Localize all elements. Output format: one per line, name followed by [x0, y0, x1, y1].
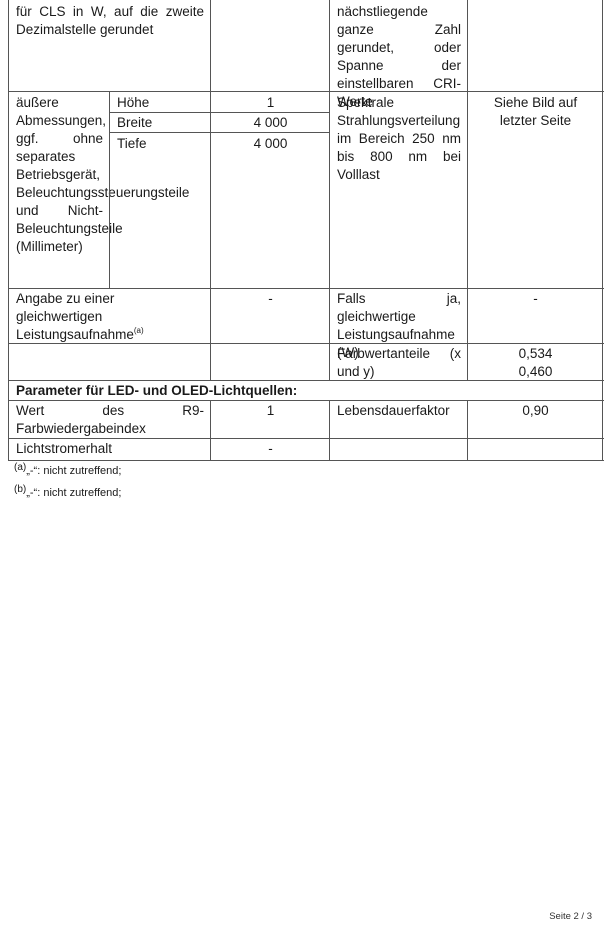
dimension-name-width: Breite	[110, 113, 211, 132]
cell-cls-value	[211, 2, 330, 3]
table-border-right	[602, 0, 603, 461]
table-border-left	[8, 0, 9, 461]
dimension-name-height: Höhe	[110, 93, 211, 112]
cell-spectral-label: Spektrale Strahlungsverteilung im Bereic…	[330, 93, 468, 184]
cell-cls-label: für CLS in W, auf die zweite Dezimalstel…	[9, 2, 211, 39]
dim-line-1	[109, 112, 330, 113]
col-divider-2a	[329, 0, 330, 381]
footnote-b-marker: (b)	[14, 484, 26, 495]
row-line-3	[8, 343, 604, 344]
cell-lifetime-label: Lebensdauerfaktor	[330, 401, 468, 420]
col-divider-3b	[467, 400, 468, 461]
row-line-1	[8, 91, 604, 92]
dimension-value-width: 4 000	[211, 113, 330, 132]
cell-r9-label: Wert des R9-Farbwiedergabeindex	[9, 401, 211, 438]
page-number: Seite 2 / 3	[549, 911, 592, 922]
row-line-5	[8, 400, 604, 401]
cell-lumen-label: Lichtstromerhalt	[9, 439, 211, 458]
cell-spectral-value: Siehe Bild auf letzter Seite	[468, 93, 603, 130]
cell-equivalent-power-value: -	[468, 289, 603, 308]
dim-sub-divider	[109, 92, 110, 288]
dimension-value-height: 1	[211, 93, 330, 112]
cell-chromaticity-label: Farbwertanteile (x und y)	[330, 344, 468, 381]
row-line-4	[8, 380, 604, 381]
col-divider-3a	[467, 0, 468, 381]
col-divider-2b	[329, 400, 330, 461]
footnote-a-text: „-“: nicht zutreffend;	[26, 465, 121, 477]
chromaticity-y: 0,460	[475, 363, 596, 381]
footnote-ref-a: (a)	[134, 326, 144, 335]
col-divider-1b	[210, 400, 211, 461]
cell-lumen-value: -	[211, 439, 330, 458]
cell-chromaticity-value: 0,534 0,460	[468, 344, 603, 381]
dimension-name-depth: Tiefe	[110, 134, 211, 153]
equivalent-label-text: Angabe zu einer gleichwertigen Leistungs…	[16, 291, 134, 342]
col-divider-1a	[210, 0, 211, 381]
section-heading-led: Parameter für LED- und OLED-Lichtquellen…	[9, 381, 603, 400]
cell-dimensions-label: äußere Abmessungen, ggf. ohne separates …	[9, 93, 110, 256]
row-line-7	[8, 460, 604, 461]
cell-equivalent-value: -	[211, 289, 330, 308]
footnote-b-text: „-“: nicht zutreffend;	[26, 487, 121, 499]
dimension-value-depth: 4 000	[211, 134, 330, 153]
row-line-2	[8, 288, 604, 289]
footnote-b: (b)„-“: nicht zutreffend;	[14, 486, 121, 500]
row-line-6	[8, 438, 604, 439]
cell-equivalent-label: Angabe zu einer gleichwertigen Leistungs…	[9, 289, 211, 344]
cell-cri-value	[468, 2, 603, 3]
cell-r9-value: 1	[211, 401, 330, 420]
footnote-a-marker: (a)	[14, 462, 26, 473]
dim-line-2	[109, 132, 330, 133]
chromaticity-x: 0,534	[475, 345, 596, 363]
cell-lifetime-value: 0,90	[468, 401, 603, 420]
footnote-a: (a)„-“: nicht zutreffend;	[14, 464, 121, 478]
document-page: für CLS in W, auf die zweite Dezimalstel…	[0, 0, 608, 928]
